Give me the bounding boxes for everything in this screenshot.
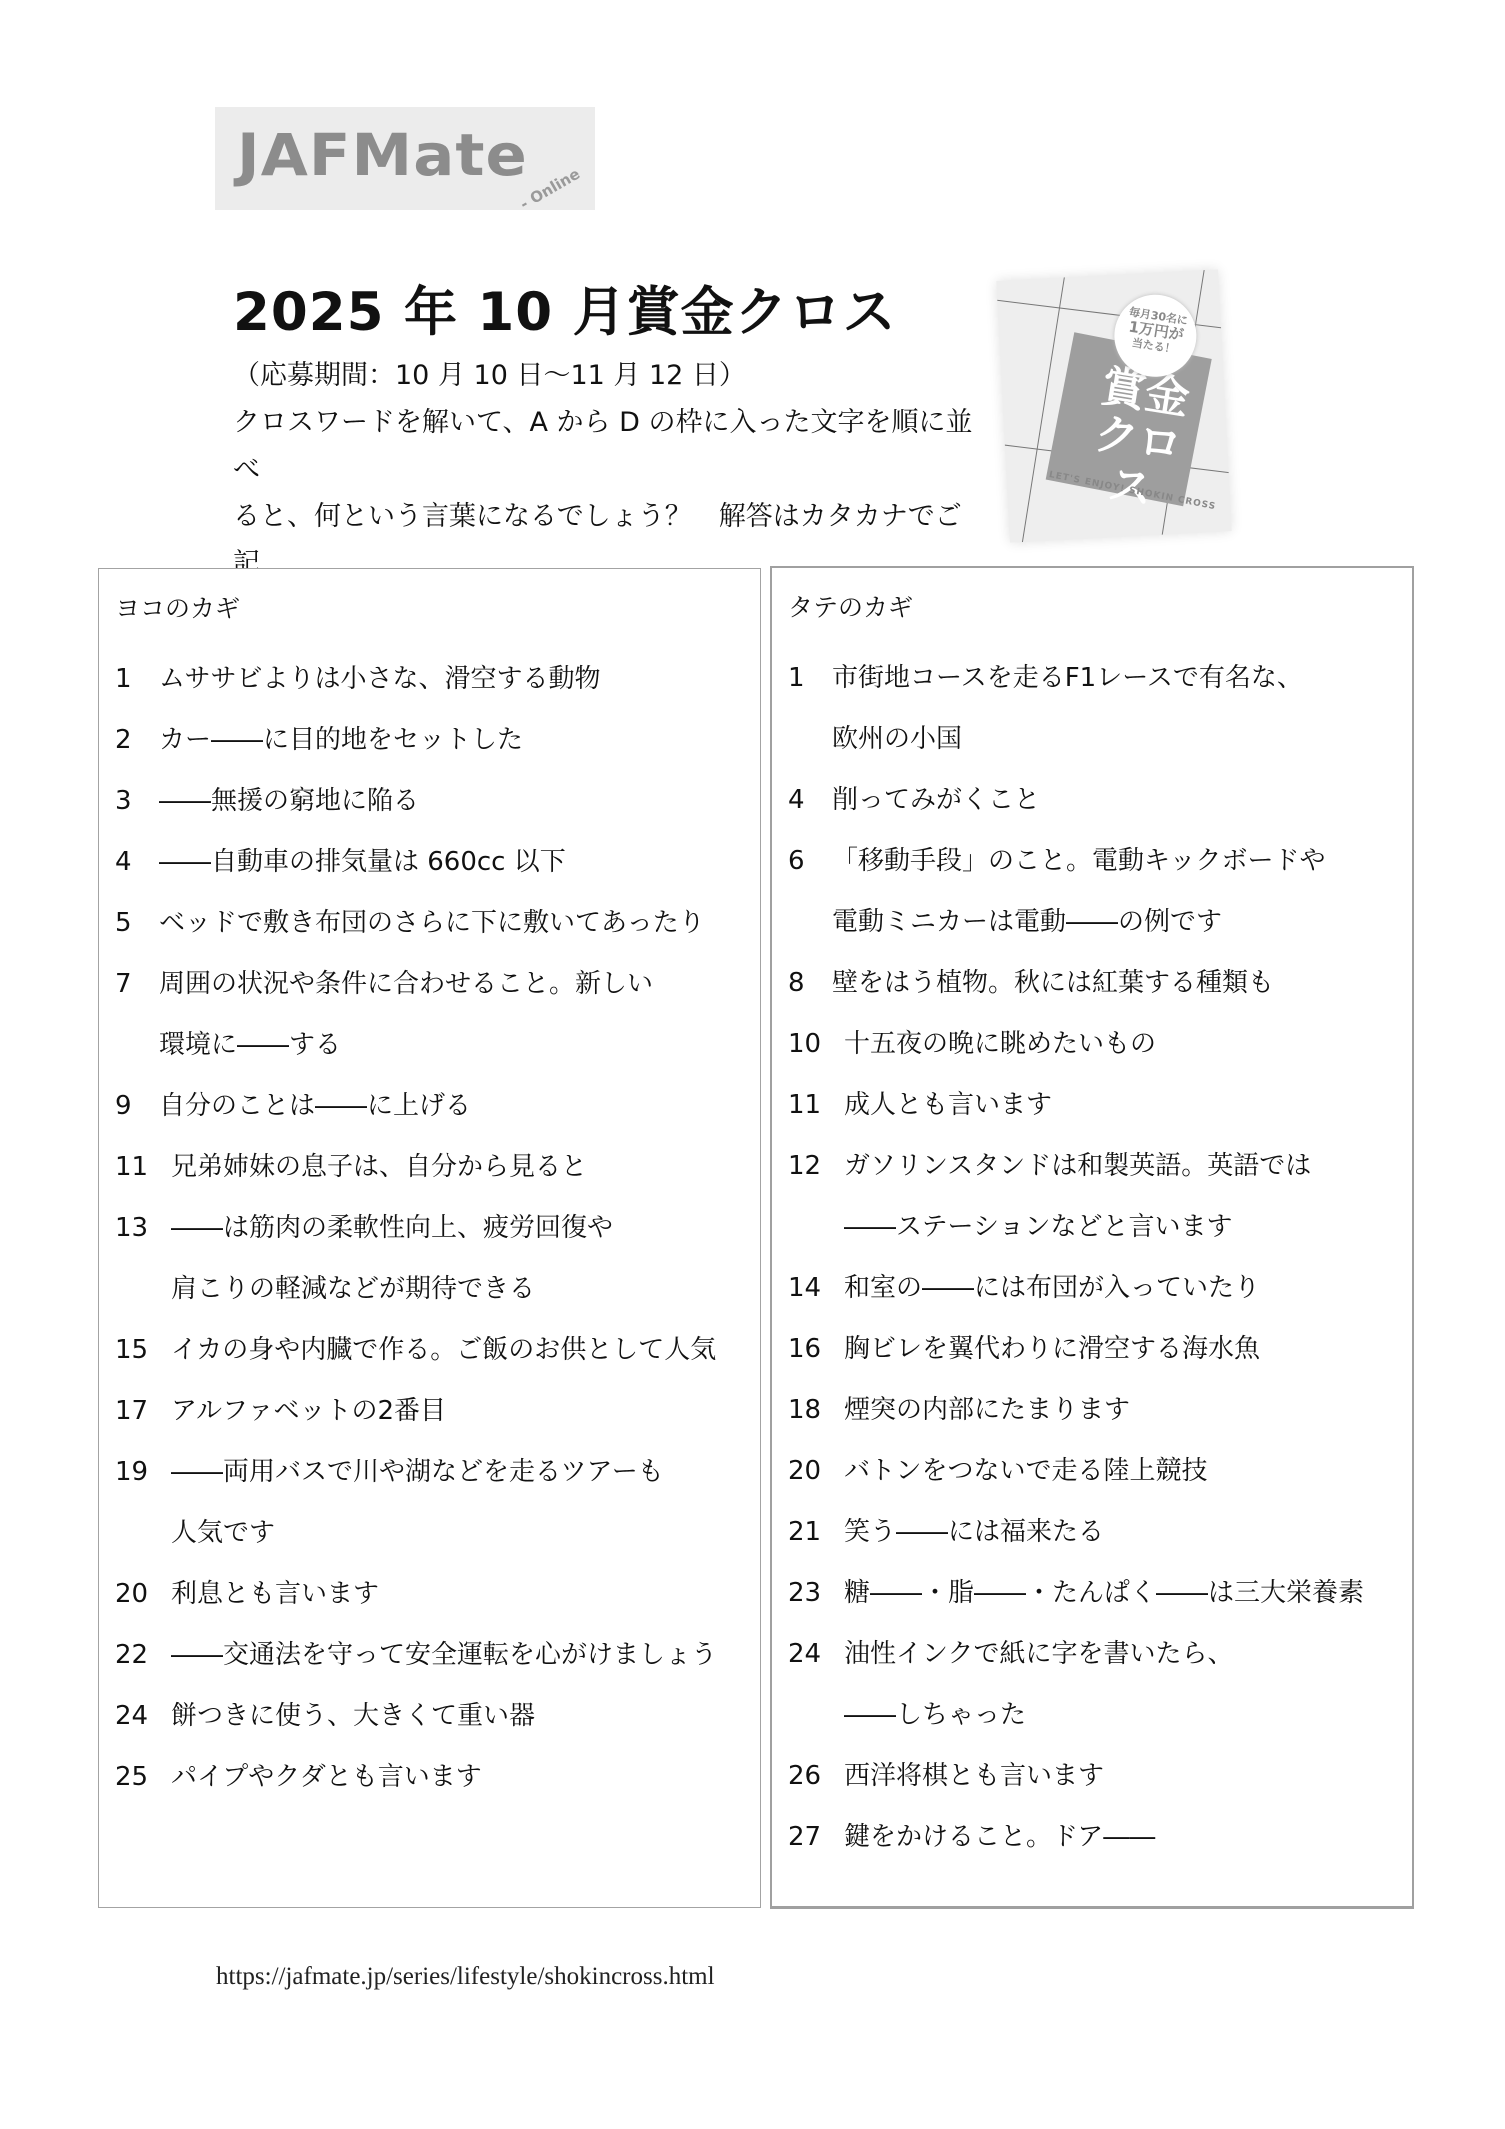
page-title: 2025 年 10 月賞金クロス	[233, 270, 897, 346]
clue-number: 24	[788, 1624, 844, 1746]
clue-text-line: 壁をはう植物。秋には紅葉する種類も	[832, 953, 1274, 1014]
clue-number: 27	[788, 1807, 844, 1868]
clue-item: 13――は筋肉の柔軟性向上、疲労回復や肩こりの軽減などが期待できる	[115, 1198, 752, 1320]
across-clues-title: ヨコのカギ	[115, 589, 240, 625]
clue-text: アルファベットの2番目	[171, 1381, 446, 1442]
clue-number: 18	[788, 1380, 844, 1441]
clue-number: 10	[788, 1014, 844, 1075]
clue-item: 19――両用バスで川や湖などを走るツアーも人気です	[115, 1442, 752, 1564]
clue-number: 20	[115, 1564, 171, 1625]
clue-text-line: 油性インクで紙に字を書いたら、	[844, 1624, 1233, 1685]
clue-item: 8壁をはう植物。秋には紅葉する種類も	[788, 953, 1404, 1014]
clue-text: バトンをつないで走る陸上競技	[844, 1441, 1207, 1502]
clue-text: 兄弟姉妹の息子は、自分から見ると	[171, 1137, 587, 1198]
clue-text: 餅つきに使う、大きくて重い器	[171, 1686, 535, 1747]
clue-text: ムササビよりは小さな、滑空する動物	[159, 649, 600, 710]
clue-number: 13	[115, 1198, 171, 1320]
clue-text: 利息とも言います	[171, 1564, 379, 1625]
clue-text-line: ――交通法を守って安全運転を心がけましょう	[171, 1625, 717, 1686]
clue-number: 12	[788, 1136, 844, 1258]
down-clue-list: 1市街地コースを走るF1レースで有名な、欧州の小国4削ってみがくこと6「移動手段…	[788, 648, 1404, 1868]
clue-number: 14	[788, 1258, 844, 1319]
clue-text: 和室の――には布団が入っていたり	[844, 1258, 1260, 1319]
clue-item: 1市街地コースを走るF1レースで有名な、欧州の小国	[788, 648, 1404, 770]
clue-item: 7周囲の状況や条件に合わせること。新しい環境に――する	[115, 954, 752, 1076]
clue-number: 5	[115, 893, 159, 954]
clue-text-line: 笑う――には福来たる	[844, 1502, 1104, 1563]
clue-text: 鍵をかけること。ドア――	[844, 1807, 1155, 1868]
across-clue-list: 1ムササビよりは小さな、滑空する動物2カー――に目的地をセットした3――無援の窮…	[115, 649, 752, 1808]
clue-item: 6「移動手段」のこと。電動キックボードや電動ミニカーは電動――の例です	[788, 831, 1404, 953]
entry-period: （応募期間：10 月 10 日～11 月 12 日）	[233, 352, 978, 399]
clue-item: 26西洋将棋とも言います	[788, 1746, 1404, 1807]
clue-text-line: 鍵をかけること。ドア――	[844, 1807, 1155, 1868]
clue-text: 胸ビレを翼代わりに滑空する海水魚	[844, 1319, 1260, 1380]
clue-text-line: アルファベットの2番目	[171, 1381, 446, 1442]
clue-number: 21	[788, 1502, 844, 1563]
clue-text-line: 自分のことは――に上げる	[159, 1076, 471, 1137]
clue-number: 20	[788, 1441, 844, 1502]
clue-text: 煙突の内部にたまります	[844, 1380, 1130, 1441]
clue-item: 20利息とも言います	[115, 1564, 752, 1625]
clue-number: 3	[115, 771, 159, 832]
clue-text: ――自動車の排気量は 660cc 以下	[159, 832, 566, 893]
clue-number: 9	[115, 1076, 159, 1137]
down-clues-title: タテのカギ	[788, 588, 913, 624]
clue-number: 4	[788, 770, 832, 831]
clue-text: 笑う――には福来たる	[844, 1502, 1104, 1563]
clue-text: 糖――・脂――・たんぱく――は三大栄養素	[844, 1563, 1364, 1624]
clue-text-line: ――無援の窮地に陥る	[159, 771, 419, 832]
clue-text-line: 環境に――する	[159, 1015, 653, 1076]
clue-text: ――交通法を守って安全運転を心がけましょう	[171, 1625, 717, 1686]
clue-number: 2	[115, 710, 159, 771]
clue-text-line: ――しちゃった	[844, 1685, 1233, 1746]
clue-text-line: 利息とも言います	[171, 1564, 379, 1625]
clue-number: 23	[788, 1563, 844, 1624]
clue-item: 27鍵をかけること。ドア――	[788, 1807, 1404, 1868]
clue-text-line: ――自動車の排気量は 660cc 以下	[159, 832, 566, 893]
clue-item: 22――交通法を守って安全運転を心がけましょう	[115, 1625, 752, 1686]
clue-number: 11	[788, 1075, 844, 1136]
clue-number: 25	[115, 1747, 171, 1808]
clue-item: 12ガソリンスタンドは和製英語。英語では――ステーションなどと言います	[788, 1136, 1404, 1258]
intro-line: クロスワードを解いて、A から D の枠に入った文字を順に並べ	[233, 399, 978, 493]
clue-text-line: 欧州の小国	[832, 709, 1303, 770]
clue-text-line: 胸ビレを翼代わりに滑空する海水魚	[844, 1319, 1260, 1380]
clue-item: 5ベッドで敷き布団のさらに下に敷いてあったり	[115, 893, 752, 954]
shokin-cross-badge-image: 賞金 クロス 毎月30名に 1万円が 当たる！ LET'S ENJOY! SHO…	[996, 269, 1231, 542]
clue-text-line: 肩こりの軽減などが期待できる	[171, 1259, 613, 1320]
source-url[interactable]: https://jafmate.jp/series/lifestyle/shok…	[216, 1963, 715, 1991]
clue-text: 「移動手段」のこと。電動キックボードや電動ミニカーは電動――の例です	[832, 831, 1325, 953]
clue-text: 油性インクで紙に字を書いたら、――しちゃった	[844, 1624, 1233, 1746]
clue-text-line: 「移動手段」のこと。電動キックボードや	[832, 831, 1325, 892]
clue-item: 4削ってみがくこと	[788, 770, 1404, 831]
logo-text: JAFMate	[237, 121, 528, 189]
clue-number: 19	[115, 1442, 171, 1564]
clue-number: 11	[115, 1137, 171, 1198]
clue-number: 22	[115, 1625, 171, 1686]
clue-number: 6	[788, 831, 832, 953]
clue-item: 17アルファベットの2番目	[115, 1381, 752, 1442]
clue-text: ――無援の窮地に陥る	[159, 771, 419, 832]
clue-text-line: パイプやクダとも言います	[171, 1747, 482, 1808]
clue-text: パイプやクダとも言います	[171, 1747, 482, 1808]
clue-text-line: バトンをつないで走る陸上競技	[844, 1441, 1207, 1502]
clue-number: 17	[115, 1381, 171, 1442]
clue-text: ――は筋肉の柔軟性向上、疲労回復や肩こりの軽減などが期待できる	[171, 1198, 613, 1320]
clue-item: 4――自動車の排気量は 660cc 以下	[115, 832, 752, 893]
clue-number: 8	[788, 953, 832, 1014]
clue-item: 11兄弟姉妹の息子は、自分から見ると	[115, 1137, 752, 1198]
clue-item: 20バトンをつないで走る陸上競技	[788, 1441, 1404, 1502]
clue-text: 十五夜の晩に眺めたいもの	[844, 1014, 1156, 1075]
clue-text-line: 煙突の内部にたまります	[844, 1380, 1130, 1441]
clue-number: 26	[788, 1746, 844, 1807]
clue-item: 10十五夜の晩に眺めたいもの	[788, 1014, 1404, 1075]
clue-text-line: 糖――・脂――・たんぱく――は三大栄養素	[844, 1563, 1364, 1624]
clue-text-line: 成人とも言います	[844, 1075, 1052, 1136]
clue-text: 成人とも言います	[844, 1075, 1052, 1136]
clue-text-line: ガソリンスタンドは和製英語。英語では	[844, 1136, 1311, 1197]
clue-number: 1	[788, 648, 832, 770]
clue-text: 周囲の状況や条件に合わせること。新しい環境に――する	[159, 954, 653, 1076]
clue-text: 自分のことは――に上げる	[159, 1076, 471, 1137]
clue-text: ガソリンスタンドは和製英語。英語では――ステーションなどと言います	[844, 1136, 1311, 1258]
clue-text: 削ってみがくこと	[832, 770, 1040, 831]
clue-text-line: 和室の――には布団が入っていたり	[844, 1258, 1260, 1319]
clue-number: 4	[115, 832, 159, 893]
clue-item: 15イカの身や内臓で作る。ご飯のお供として人気	[115, 1320, 752, 1381]
clue-text-line: ムササビよりは小さな、滑空する動物	[159, 649, 600, 710]
clue-number: 16	[788, 1319, 844, 1380]
clue-text-line: カー――に目的地をセットした	[159, 710, 523, 771]
clue-text-line: ベッドで敷き布団のさらに下に敷いてあったり	[159, 893, 705, 954]
down-clues-box: タテのカギ 1市街地コースを走るF1レースで有名な、欧州の小国4削ってみがくこと…	[770, 566, 1414, 1909]
clue-text: ――両用バスで川や湖などを走るツアーも人気です	[171, 1442, 664, 1564]
clue-text: 壁をはう植物。秋には紅葉する種類も	[832, 953, 1274, 1014]
clue-item: 23糖――・脂――・たんぱく――は三大栄養素	[788, 1563, 1404, 1624]
across-clues-box: ヨコのカギ 1ムササビよりは小さな、滑空する動物2カー――に目的地をセットした3…	[98, 568, 761, 1908]
clue-text: イカの身や内臓で作る。ご飯のお供として人気	[171, 1320, 716, 1381]
clue-text-line: 市街地コースを走るF1レースで有名な、	[832, 648, 1303, 709]
clue-text-line: 削ってみがくこと	[832, 770, 1040, 831]
clue-item: 21笑う――には福来たる	[788, 1502, 1404, 1563]
clue-number: 24	[115, 1686, 171, 1747]
clue-text-line: 人気です	[171, 1503, 664, 1564]
clue-item: 14和室の――には布団が入っていたり	[788, 1258, 1404, 1319]
clue-text: ベッドで敷き布団のさらに下に敷いてあったり	[159, 893, 705, 954]
clue-text-line: イカの身や内臓で作る。ご飯のお供として人気	[171, 1320, 716, 1381]
clue-item: 2カー――に目的地をセットした	[115, 710, 752, 771]
clue-text-line: 西洋将棋とも言います	[844, 1746, 1104, 1807]
clue-item: 3――無援の窮地に陥る	[115, 771, 752, 832]
clue-item: 11成人とも言います	[788, 1075, 1404, 1136]
clue-text: 市街地コースを走るF1レースで有名な、欧州の小国	[832, 648, 1303, 770]
clue-item: 1ムササビよりは小さな、滑空する動物	[115, 649, 752, 710]
clue-item: 18煙突の内部にたまります	[788, 1380, 1404, 1441]
clue-item: 24油性インクで紙に字を書いたら、――しちゃった	[788, 1624, 1404, 1746]
jafmate-logo: JAFMate - Online	[215, 107, 595, 210]
clue-text: カー――に目的地をセットした	[159, 710, 523, 771]
clue-text-line: ――は筋肉の柔軟性向上、疲労回復や	[171, 1198, 613, 1259]
clue-number: 15	[115, 1320, 171, 1381]
clue-item: 25パイプやクダとも言います	[115, 1747, 752, 1808]
clue-text-line: 餅つきに使う、大きくて重い器	[171, 1686, 535, 1747]
clue-item: 24餅つきに使う、大きくて重い器	[115, 1686, 752, 1747]
clue-text-line: ――ステーションなどと言います	[844, 1197, 1311, 1258]
clue-item: 16胸ビレを翼代わりに滑空する海水魚	[788, 1319, 1404, 1380]
clue-text-line: 十五夜の晩に眺めたいもの	[844, 1014, 1156, 1075]
clue-number: 1	[115, 649, 159, 710]
clue-item: 9自分のことは――に上げる	[115, 1076, 752, 1137]
clue-text-line: ――両用バスで川や湖などを走るツアーも	[171, 1442, 664, 1503]
clue-text-line: 兄弟姉妹の息子は、自分から見ると	[171, 1137, 587, 1198]
clue-text: 西洋将棋とも言います	[844, 1746, 1104, 1807]
clue-text-line: 電動ミニカーは電動――の例です	[832, 892, 1325, 953]
clue-number: 7	[115, 954, 159, 1076]
clue-text-line: 周囲の状況や条件に合わせること。新しい	[159, 954, 653, 1015]
